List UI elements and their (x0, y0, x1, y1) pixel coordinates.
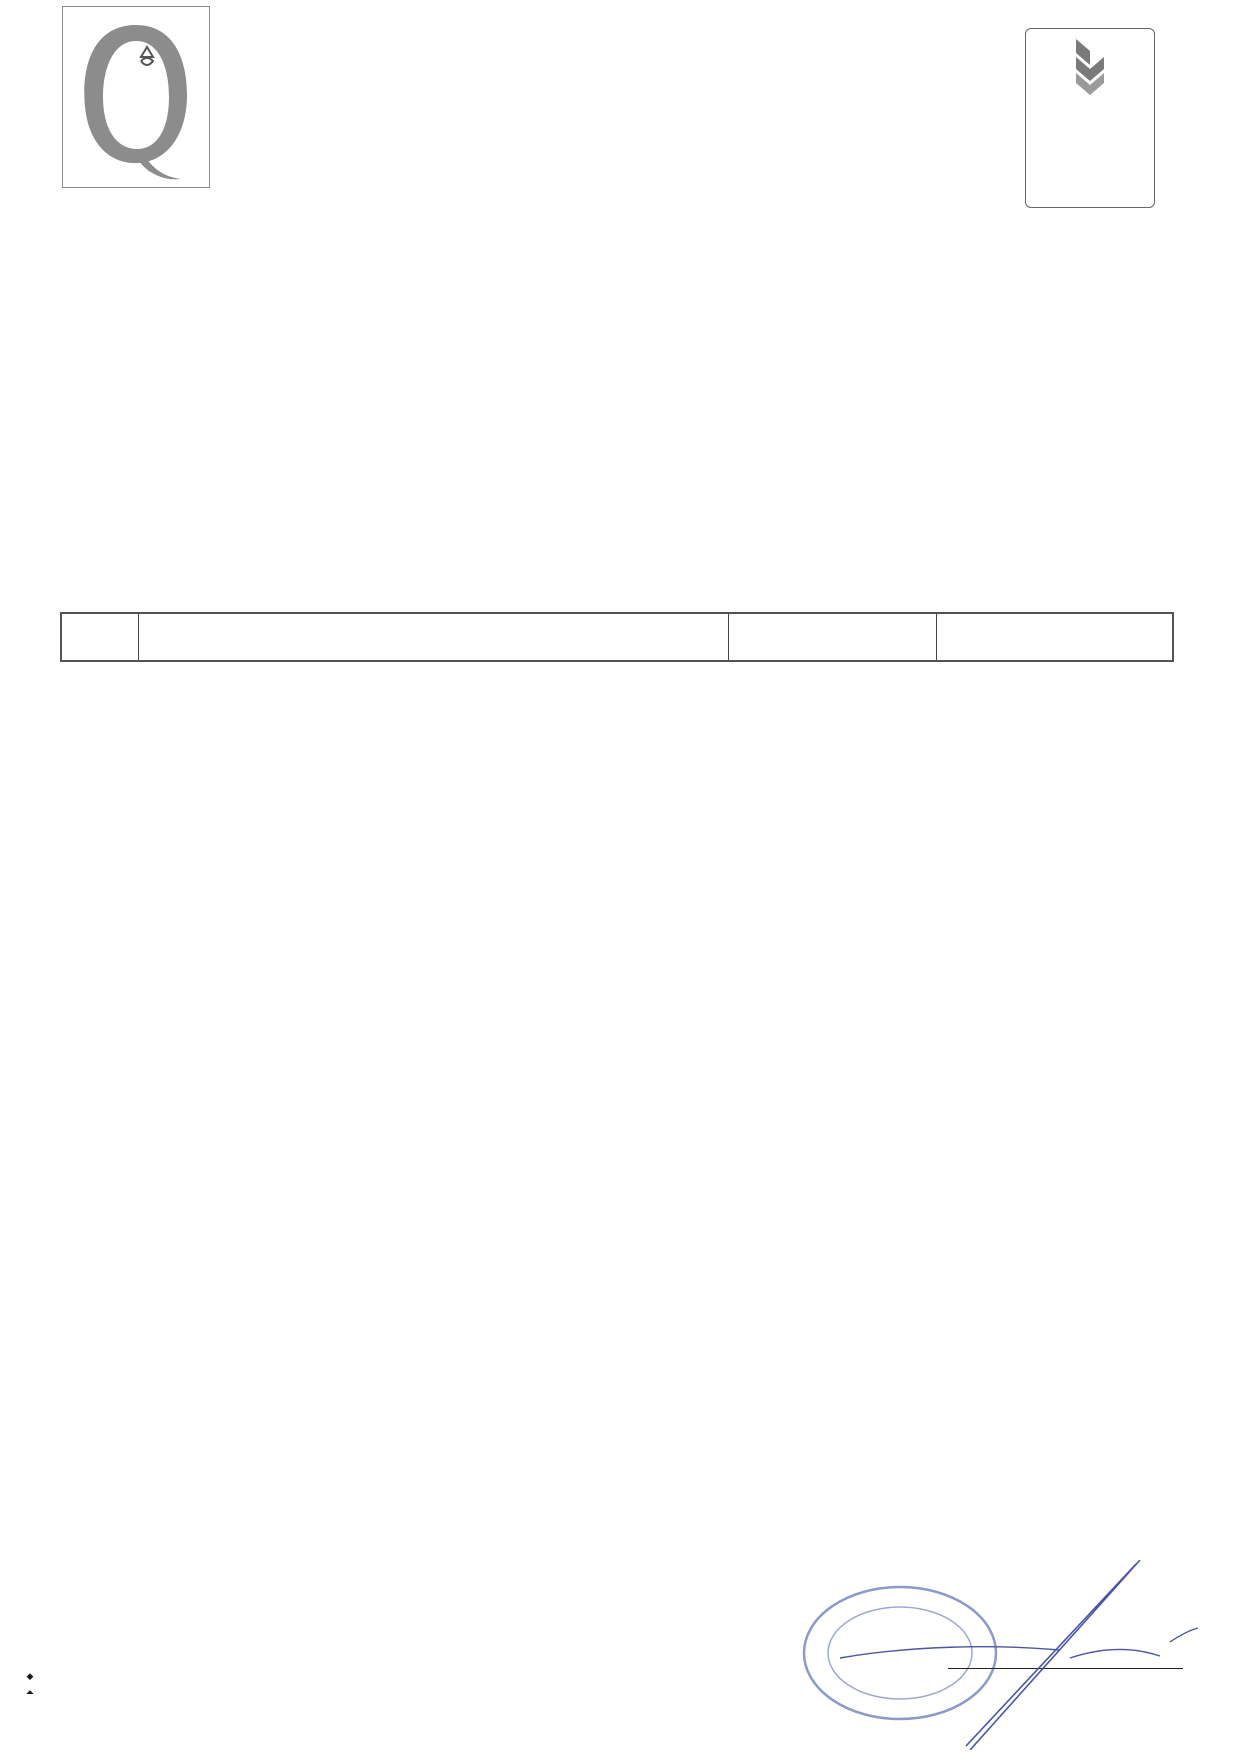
vunil-logo (62, 6, 210, 188)
atc-chevron-icon (1068, 39, 1112, 99)
accreditation-badge (1025, 28, 1155, 208)
bullet-icon: ◆ (10, 1685, 50, 1694)
results-grid (60, 590, 1174, 1165)
q-logo-icon (63, 7, 209, 187)
handwritten-signature (830, 1560, 1200, 1750)
footer-notes: ◆ ◆ (10, 1668, 50, 1694)
footer-note: ◆ (10, 1685, 50, 1694)
footer-note: ◆ (10, 1668, 50, 1685)
bullet-icon: ◆ (10, 1668, 50, 1685)
